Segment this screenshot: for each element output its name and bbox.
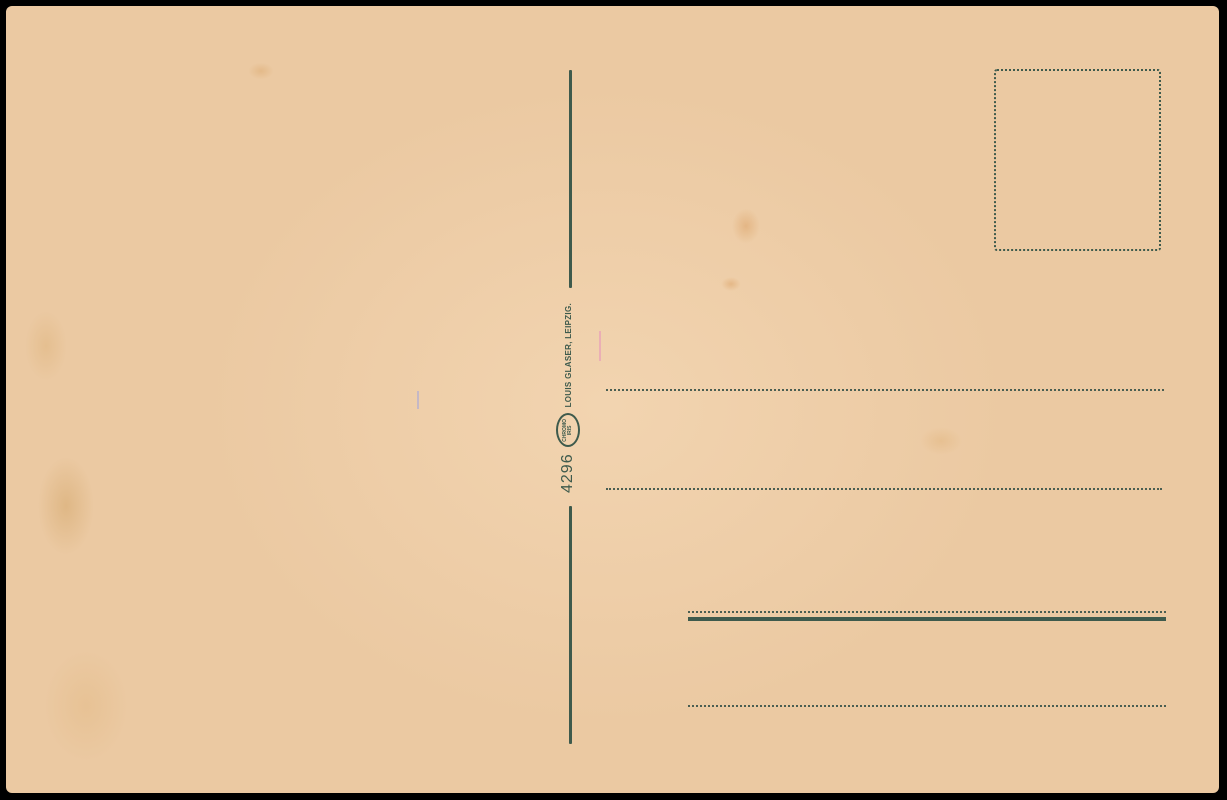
address-line-1 — [606, 389, 1164, 391]
address-line-3-dotted — [688, 611, 1166, 613]
stamp-box — [994, 69, 1161, 251]
publisher-imprint: 4296 CHROMO IRIS LOUIS GLASER, LEIPZIG. — [538, 291, 598, 506]
postcard-back: 4296 CHROMO IRIS LOUIS GLASER, LEIPZIG. — [6, 6, 1219, 793]
address-line-4 — [688, 705, 1166, 707]
center-divider-top — [569, 70, 572, 288]
address-line-3-solid — [688, 617, 1166, 621]
publisher-name: LOUIS GLASER, LEIPZIG. — [564, 303, 573, 407]
chromo-iris-logo-icon: CHROMO IRIS — [556, 413, 580, 447]
card-number: 4296 — [559, 453, 577, 493]
center-divider-bottom — [569, 506, 572, 744]
ink-mark — [599, 331, 601, 361]
ink-mark — [417, 391, 419, 409]
logo-text-bottom: IRIS — [568, 426, 573, 436]
address-line-2 — [606, 488, 1162, 490]
